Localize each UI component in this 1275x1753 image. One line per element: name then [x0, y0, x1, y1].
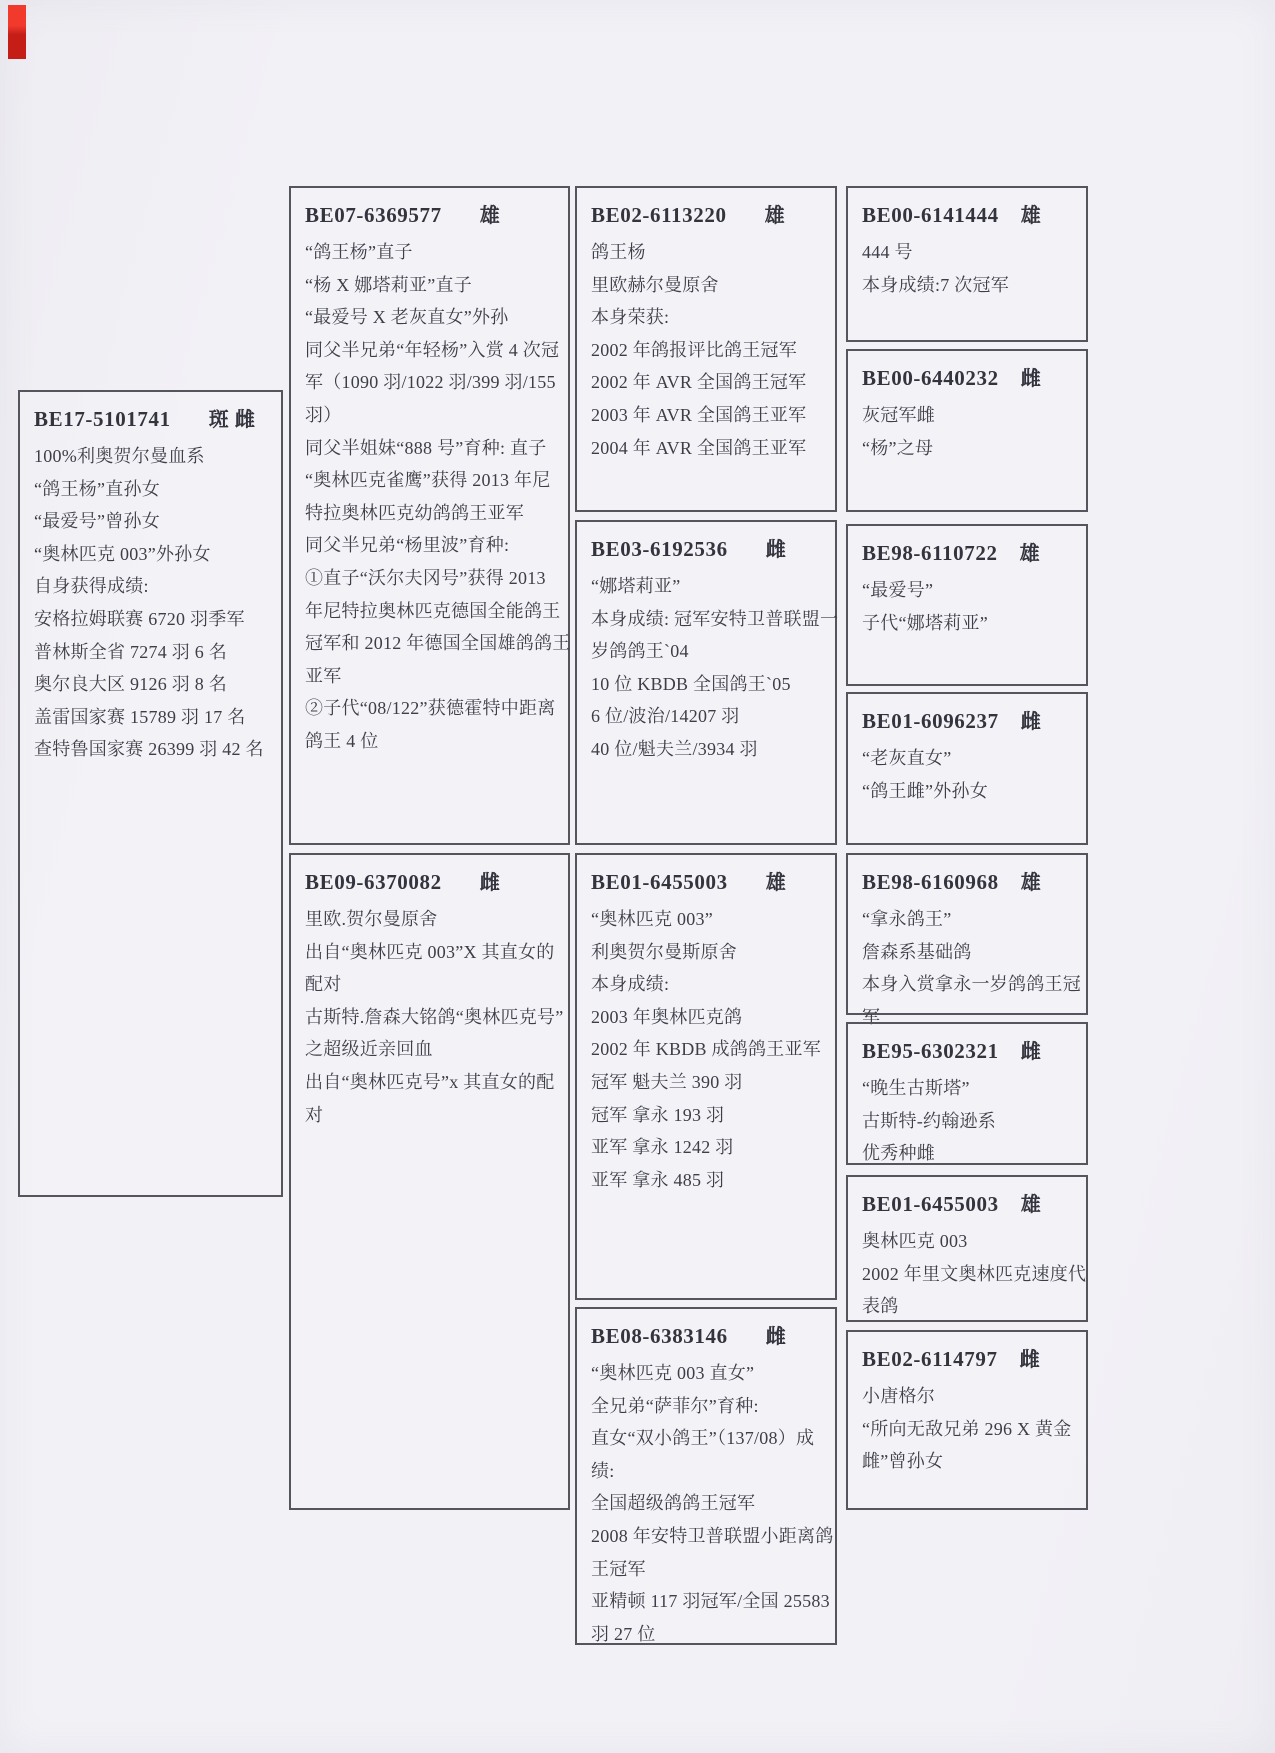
sex-label: 雌 [1020, 1349, 1041, 1371]
pedigree-line: ①直子“沃尔夫冈号”获得 2013 [305, 562, 558, 595]
pedigree-line: 詹森系基础鸽 [862, 936, 1076, 969]
pedigree-line: 特拉奥林匹克幼鸽鸽王亚军 [305, 497, 558, 530]
pedigree-line: 2002 年 KBDB 成鸽鸽王亚军 [591, 1033, 825, 1066]
pedigree-line: “杨 X 娜塔莉亚”直子 [305, 269, 558, 302]
pedigree-line: 亚军 拿永 485 羽 [591, 1164, 825, 1197]
pedigree-line: 古斯特.詹森大铭鸽“奥林匹克号” [305, 1001, 558, 1034]
pedigree-line: ②子代“08/122”获德霍特中距离 [305, 692, 558, 725]
box-title: BE09-6370082雌 [305, 862, 558, 903]
sex-label: 雌 [766, 1326, 787, 1348]
pedigree-line: 本身荣获: [591, 301, 825, 334]
pedigree-line: 配对 [305, 968, 558, 1001]
pedigree-line: 查特鲁国家赛 26399 羽 42 名 [34, 733, 271, 766]
sex-label: 雌 [480, 872, 501, 894]
pedigree-line: “最爱号” [862, 574, 1076, 607]
box-title: BE01-6455003雄 [862, 1184, 1076, 1225]
pedigree-line: 亚军 [305, 660, 558, 693]
box-title: BE02-6114797雌 [862, 1339, 1076, 1380]
pedigree-line: 里欧.贺尔曼原舍 [305, 903, 558, 936]
sex-label: 雄 [480, 205, 501, 227]
pedigree-box-dd: BE08-6383146雌“奥林匹克 003 直女”全兄弟“萨菲尔”育种:直女“… [575, 1307, 837, 1645]
pedigree-line: 军（1090 羽/1022 羽/399 羽/155 [305, 366, 558, 399]
pedigree-box-dsd: BE95-6302321雌“晚生古斯塔”古斯特-约翰逊系优秀种雌 [846, 1022, 1088, 1165]
pedigree-box-sire: BE07-6369577雄“鸽王杨”直子“杨 X 娜塔莉亚”直子“最爱号 X 老… [289, 186, 570, 845]
pedigree-line: 444 号 [862, 236, 1076, 269]
pedigree-box-subject: BE17-5101741斑 雌100%利奥贺尔曼血系“鸽王杨”直孙女“最爱号”曾… [18, 390, 283, 1197]
pedigree-line: “奥林匹克 003 直女” [591, 1357, 825, 1390]
pedigree-line: “最爱号”曾孙女 [34, 505, 271, 538]
sex-label: 雌 [1021, 1041, 1042, 1063]
pedigree-line: “奥林匹克 003” [591, 903, 825, 936]
pedigree-line: “杨”之母 [862, 432, 1076, 465]
box-title: BE98-6160968雄 [862, 862, 1076, 903]
ring-number: BE01-6455003 [591, 870, 728, 894]
ring-number: BE07-6369577 [305, 203, 442, 227]
pedigree-box-dss: BE98-6160968雄“拿永鸽王”詹森系基础鸽本身入赏拿永一岁鸽鸽王冠军 [846, 853, 1088, 1015]
pedigree-line: 亚精顿 117 羽冠军/全国 25583 [591, 1585, 825, 1618]
pedigree-line: 优秀种雌 [862, 1137, 1076, 1170]
pedigree-document: BE17-5101741斑 雌100%利奥贺尔曼血系“鸽王杨”直孙女“最爱号”曾… [0, 0, 1275, 1753]
pedigree-box-sdd: BE01-6096237雌“老灰直女”“鸽王雌”外孙女 [846, 692, 1088, 845]
pedigree-line: 2008 年安特卫普联盟小距离鸽 [591, 1520, 825, 1553]
red-scan-mark [8, 5, 26, 59]
pedigree-line: 2004 年 AVR 全国鸽王亚军 [591, 432, 825, 465]
pedigree-line: 出自“奥林匹克 003”X 其直女的 [305, 936, 558, 969]
pedigree-line: 鸽王 4 位 [305, 725, 558, 758]
pedigree-line: 2002 年 AVR 全国鸽王冠军 [591, 366, 825, 399]
pedigree-line: 出自“奥林匹克号”x 其直女的配 [305, 1066, 558, 1099]
ring-number: BE08-6383146 [591, 1324, 728, 1348]
pedigree-line: 冠军 魁夫兰 390 羽 [591, 1066, 825, 1099]
pedigree-line: 直女“双小鸽王”（137/08）成 [591, 1422, 825, 1455]
ring-number: BE98-6160968 [862, 870, 999, 894]
box-title: BE08-6383146雌 [591, 1316, 825, 1357]
pedigree-line: “鸽王雌”外孙女 [862, 775, 1076, 808]
sex-label: 雄 [1020, 543, 1041, 565]
pedigree-line: 子代“娜塔莉亚” [862, 607, 1076, 640]
sex-label: 雄 [1021, 1194, 1042, 1216]
pedigree-box-sds: BE98-6110722雄“最爱号”子代“娜塔莉亚” [846, 524, 1088, 686]
pedigree-line: 里欧赫尔曼原舍 [591, 269, 825, 302]
pedigree-line: 年尼特拉奥林匹克德国全能鸽王 [305, 595, 558, 628]
pedigree-box-sd: BE03-6192536雌“娜塔莉亚”本身成绩: 冠军安特卫普联盟一岁鸽鸽王`0… [575, 520, 837, 845]
ring-number: BE01-6096237 [862, 709, 999, 733]
sex-label: 雄 [765, 205, 786, 227]
sex-label: 雄 [1021, 205, 1042, 227]
pedigree-line: “所向无敌兄弟 296 X 黄金 [862, 1413, 1076, 1446]
pedigree-line: 2002 年里文奥林匹克速度代 [862, 1258, 1076, 1291]
pedigree-line: 盖雷国家赛 15789 羽 17 名 [34, 701, 271, 734]
pedigree-line: 古斯特-约翰逊系 [862, 1105, 1076, 1138]
pedigree-line: 冠军和 2012 年德国全国雄鸽鸽王 [305, 627, 558, 660]
box-title: BE00-6440232雌 [862, 358, 1076, 399]
pedigree-line: 同父半兄弟“杨里波”育种: [305, 529, 558, 562]
pedigree-line: “奥林匹克雀鹰”获得 2013 年尼 [305, 464, 558, 497]
pedigree-box-dam: BE09-6370082雌里欧.贺尔曼原舍出自“奥林匹克 003”X 其直女的配… [289, 853, 570, 1510]
sex-label: 雌 [1021, 368, 1042, 390]
box-title: BE17-5101741斑 雌 [34, 399, 271, 440]
ring-number: BE98-6110722 [862, 541, 998, 565]
pedigree-line: 100%利奥贺尔曼血系 [34, 440, 271, 473]
pedigree-line: 奥林匹克 003 [862, 1225, 1076, 1258]
sex-label: 雄 [766, 872, 787, 894]
pedigree-box-dds: BE01-6455003雄奥林匹克 0032002 年里文奥林匹克速度代表鸽 [846, 1175, 1088, 1322]
pedigree-line: 雌”曾孙女 [862, 1445, 1076, 1478]
pedigree-box-ds: BE01-6455003雄“奥林匹克 003”利奥贺尔曼斯原舍本身成绩:2003… [575, 853, 837, 1300]
ring-number: BE95-6302321 [862, 1039, 999, 1063]
pedigree-line: 同父半姐妹“888 号”育种: 直子 [305, 432, 558, 465]
ring-number: BE03-6192536 [591, 537, 728, 561]
ring-number: BE09-6370082 [305, 870, 442, 894]
ring-number: BE02-6114797 [862, 1347, 998, 1371]
pedigree-line: 绩: [591, 1455, 825, 1488]
pedigree-line: “晚生古斯塔” [862, 1072, 1076, 1105]
pedigree-line: 普林斯全省 7274 羽 6 名 [34, 636, 271, 669]
pedigree-line: 羽 27 位 [591, 1618, 825, 1651]
pedigree-line: 对 [305, 1099, 558, 1132]
box-title: BE95-6302321雌 [862, 1031, 1076, 1072]
pedigree-box-sss: BE00-6141444雄444 号本身成绩:7 次冠军 [846, 186, 1088, 342]
box-title: BE07-6369577雄 [305, 195, 558, 236]
pedigree-line: 本身成绩:7 次冠军 [862, 269, 1076, 302]
pedigree-line: 小唐格尔 [862, 1380, 1076, 1413]
pedigree-line: “奥林匹克 003”外孙女 [34, 538, 271, 571]
ring-number: BE00-6141444 [862, 203, 999, 227]
pedigree-line: 表鸽 [862, 1290, 1076, 1323]
pedigree-line: 灰冠军雌 [862, 399, 1076, 432]
box-title: BE00-6141444雄 [862, 195, 1076, 236]
ring-number: BE17-5101741 [34, 407, 171, 431]
pedigree-line: 之超级近亲回血 [305, 1033, 558, 1066]
pedigree-box-ssd: BE00-6440232雌灰冠军雌“杨”之母 [846, 349, 1088, 512]
pedigree-line: 自身获得成绩: [34, 570, 271, 603]
pedigree-line: 利奥贺尔曼斯原舍 [591, 936, 825, 969]
pedigree-line: “鸽王杨”直孙女 [34, 473, 271, 506]
pedigree-line: 羽） [305, 399, 558, 432]
pedigree-line: 王冠军 [591, 1553, 825, 1586]
ring-number: BE02-6113220 [591, 203, 727, 227]
pedigree-box-ddd: BE02-6114797雌小唐格尔“所向无敌兄弟 296 X 黄金雌”曾孙女 [846, 1330, 1088, 1510]
pedigree-line: “老灰直女” [862, 742, 1076, 775]
ring-number: BE01-6455003 [862, 1192, 999, 1216]
pedigree-line: 本身成绩: [591, 968, 825, 1001]
pedigree-line: 冠军 拿永 193 羽 [591, 1099, 825, 1132]
box-title: BE01-6455003雄 [591, 862, 825, 903]
pedigree-line: 2003 年奥林匹克鸽 [591, 1001, 825, 1034]
sex-label: 雄 [1021, 872, 1042, 894]
pedigree-line: 全国超级鸽鸽王冠军 [591, 1487, 825, 1520]
pedigree-line: “最爱号 X 老灰直女”外孙 [305, 301, 558, 334]
box-title: BE01-6096237雌 [862, 701, 1076, 742]
pedigree-line: 6 位/波治/14207 羽 [591, 700, 825, 733]
pedigree-line: 亚军 拿永 1242 羽 [591, 1131, 825, 1164]
pedigree-line: 2003 年 AVR 全国鸽王亚军 [591, 399, 825, 432]
box-title: BE98-6110722雄 [862, 533, 1076, 574]
pedigree-line: 2002 年鸽报评比鸽王冠军 [591, 334, 825, 367]
pedigree-line: “娜塔莉亚” [591, 570, 825, 603]
pedigree-line: 安格拉姆联赛 6720 羽季军 [34, 603, 271, 636]
pedigree-line: 本身入赏拿永一岁鸽鸽王冠 [862, 968, 1076, 1001]
pedigree-box-ss: BE02-6113220雄鸽王杨里欧赫尔曼原舍本身荣获:2002 年鸽报评比鸽王… [575, 186, 837, 512]
pedigree-line: 鸽王杨 [591, 236, 825, 269]
box-title: BE03-6192536雌 [591, 529, 825, 570]
pedigree-line: 岁鸽鸽王`04 [591, 635, 825, 668]
pedigree-line: 本身成绩: 冠军安特卫普联盟一 [591, 603, 825, 636]
sex-label: 斑 雌 [209, 409, 256, 431]
pedigree-line: 同父半兄弟“年轻杨”入赏 4 次冠 [305, 334, 558, 367]
pedigree-line: 全兄弟“萨菲尔”育种: [591, 1390, 825, 1423]
box-title: BE02-6113220雄 [591, 195, 825, 236]
ring-number: BE00-6440232 [862, 366, 999, 390]
pedigree-line: “拿永鸽王” [862, 903, 1076, 936]
pedigree-line: 40 位/魁夫兰/3934 羽 [591, 733, 825, 766]
pedigree-line: “鸽王杨”直子 [305, 236, 558, 269]
sex-label: 雌 [1021, 711, 1042, 733]
sex-label: 雌 [766, 539, 787, 561]
pedigree-line: 奥尔良大区 9126 羽 8 名 [34, 668, 271, 701]
pedigree-line: 10 位 KBDB 全国鸽王`05 [591, 668, 825, 701]
